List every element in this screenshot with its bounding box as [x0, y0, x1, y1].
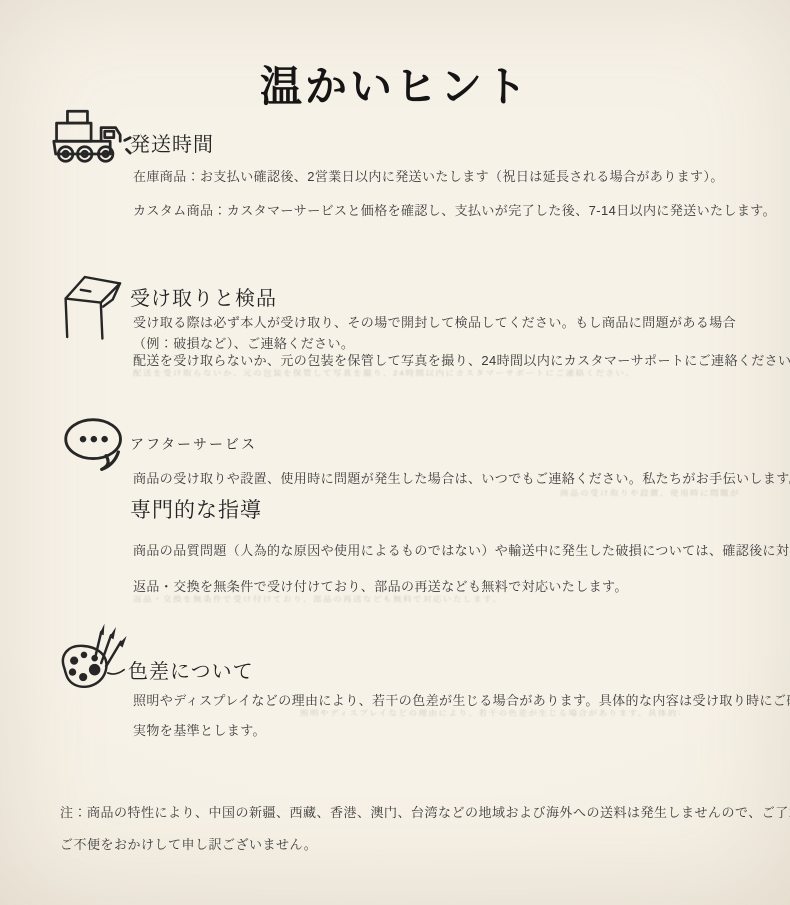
- inspection-line-2: 配送を受け取らないか、元の包装を保管して写真を撮り、24時間以内にカスタマーサポ…: [133, 350, 790, 371]
- chat-bubble-icon: [60, 412, 132, 472]
- guidance-line-1: 商品の品質問題（人為的な原因や使用によるものではない）や輸送中に発生した破損につ…: [133, 540, 790, 561]
- section-heading-color: 色差について: [128, 655, 254, 684]
- section-heading-guidance: 専門的な指導: [130, 494, 262, 524]
- footer-note-line-1: 注：商品の特性により、中国の新疆、西藏、香港、澳门、台湾などの地域および海外への…: [60, 802, 790, 821]
- box-icon: [56, 262, 128, 344]
- section-heading-inspection: 受け取りと検品: [130, 282, 277, 311]
- section-heading-afterservice: アフターサービス: [130, 434, 257, 454]
- shipping-line-1: 在庫商品：お支払い確認後、2営業日以内に発送いたします（祝日は延長される場合があ…: [133, 166, 790, 187]
- color-line-2: 実物を基準とします。: [133, 720, 790, 741]
- guidance-line-2: 返品・交換を無条件で受け付けており、部品の再送なども無料で対応いたします。: [133, 576, 790, 597]
- afterservice-line-1: 商品の受け取りや設置、使用時に問題が発生した場合は、いつでもご連絡ください。私た…: [133, 468, 790, 489]
- shipping-line-2: カスタム商品：カスタマーサービスと価格を確認し、支払いが完了した後、7-14日以…: [133, 200, 790, 221]
- palette-icon: [52, 622, 134, 696]
- inspection-line-1: 受け取る際は必ず本人が受け取り、その場で開封して検品してください。もし商品に問題…: [133, 312, 769, 354]
- ghost-text: 商品の受け取りや設置、使用時に問題が発生した場合は、いつでもご連絡ください。私た…: [560, 489, 740, 498]
- color-line-1: 照明やディスプレイなどの理由により、若干の色差が生じる場合があります。具体的な内…: [133, 690, 790, 711]
- section-heading-shipping: 発送時間: [130, 128, 214, 157]
- footer-note-line-2: ご不便をおかけして申し訳ございません。: [60, 834, 317, 853]
- truck-icon: [46, 104, 138, 164]
